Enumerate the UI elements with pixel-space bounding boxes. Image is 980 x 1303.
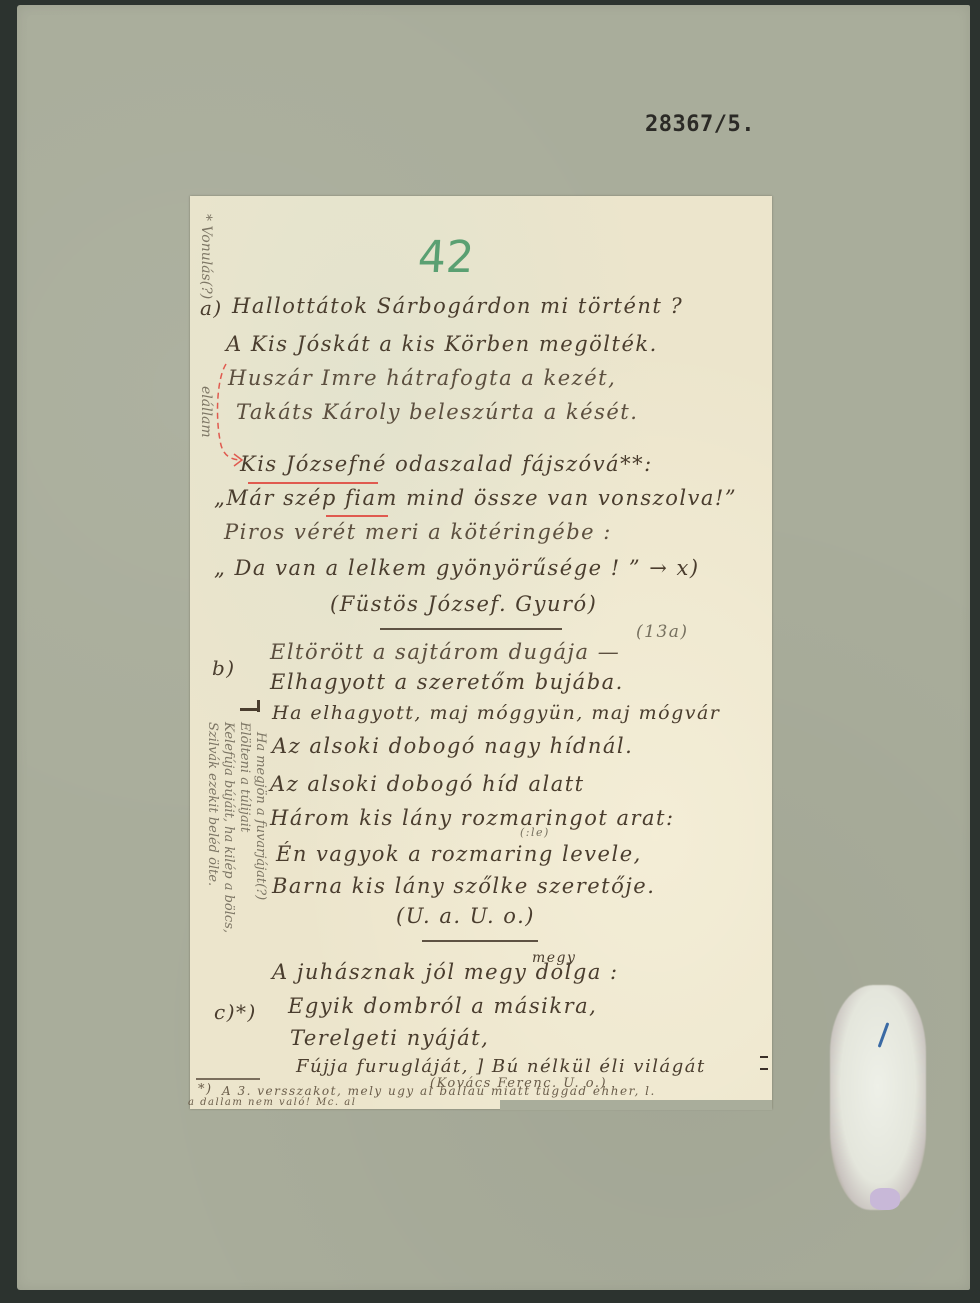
- attribution-a: (Füstös József. Gyuró): [330, 592, 597, 616]
- verse-line: Kis Józsefné odaszalad fájszóvá**:: [240, 452, 653, 476]
- insert-le: (:le): [520, 826, 550, 839]
- section-b-label: b): [212, 656, 236, 680]
- verse-line: „Már szép fiam mind össze van vonszolva!…: [214, 486, 737, 510]
- verse-line: Eltörött a sajtárom dugája —: [270, 640, 620, 664]
- verse-line: Piros vérét meri a kötéringébe :: [224, 520, 612, 544]
- verse-line: Barna kis lány szőlke szeretője.: [272, 874, 655, 898]
- verse-line: Terelgeti nyáját,: [290, 1026, 489, 1050]
- verse-line: A Kis Jóskát a kis Körben megölték.: [226, 332, 658, 356]
- verse-line: Elhagyott a szeretőm bujába.: [270, 670, 624, 694]
- verse-line: Ha elhagyott, maj móggyün, maj mógvár: [272, 702, 720, 724]
- verse-line: Fújja furugláját, ] Bú nélkül éli világá…: [296, 1056, 706, 1077]
- verse-line: Egyik dombról a másikra,: [288, 994, 597, 1018]
- verse-line: Takáts Károly beleszúrta a kését.: [236, 400, 638, 424]
- attribution-b: (U. a. U. o.): [396, 904, 535, 928]
- note-13a: (13a): [636, 622, 689, 642]
- margin-note-line: Elölteni a túlijait: [237, 722, 252, 832]
- margin-note-line: Kelefúja bújáit, ha kilép a bölcs,: [221, 722, 236, 933]
- verse-line: „ Da van a lelkem gyönyörűsége ! ” → x): [214, 556, 700, 580]
- catalog-number: 28367/5.: [645, 112, 755, 137]
- rule-line: [380, 628, 562, 630]
- double-bar-mark: [760, 1056, 768, 1070]
- section-c-label: c)*): [214, 1000, 257, 1024]
- section-a-label: a): [200, 296, 223, 320]
- verse-line: Az alsoki dobogó nagy hídnál.: [272, 734, 633, 758]
- verse-line: Három kis lány rozmaringot arat:: [270, 806, 675, 830]
- insertion-mark: [257, 700, 260, 712]
- margin-note-line: Szilvák ezekit beléd ölte.: [205, 722, 220, 886]
- red-underline: [326, 515, 388, 517]
- verse-line: Hallottátok Sárbogárdon mi történt ?: [232, 294, 683, 318]
- page-number: 42: [416, 232, 476, 283]
- stain-violet-spot: [870, 1188, 900, 1210]
- footnote-rule: [196, 1078, 260, 1080]
- footnote-line-1: A 3. versszakot, mely ugy al ballau miat…: [222, 1084, 656, 1098]
- margin-note-top: * Vonulás(?): [198, 214, 214, 299]
- verse-line: Az alsoki dobogó híd alatt: [270, 772, 585, 796]
- verse-line: Huszár Imre hátrafogta a kezét,: [228, 366, 616, 390]
- paper-torn-edge: [500, 1100, 772, 1110]
- verse-line: Én vagyok a rozmaring levele,: [276, 842, 642, 866]
- verse-line: A juhásznak jól megy dolga :: [272, 960, 619, 984]
- footnote-line-2: a dallam nem való! Mc. al: [188, 1097, 356, 1108]
- stain: [830, 985, 926, 1210]
- footnote-marker: *): [198, 1082, 213, 1097]
- margin-note-line: Ha megjön a fuvarjájat(?): [253, 732, 268, 900]
- red-underline: [248, 482, 378, 484]
- rule-line: [422, 940, 538, 942]
